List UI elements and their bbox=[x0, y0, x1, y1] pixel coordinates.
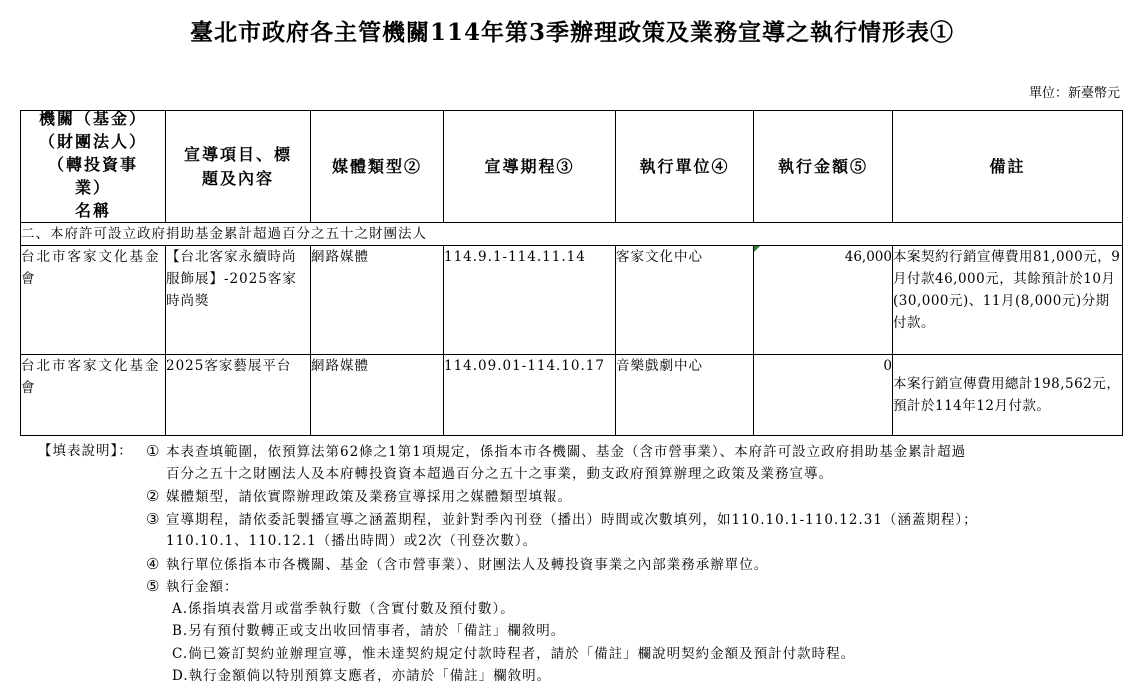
table-row: 台北市客家文化基金會 【台北客家永續時尚服飾展】-2025客家時尚獎 網路媒體 … bbox=[21, 246, 1123, 355]
amount-value: 0 bbox=[883, 358, 892, 374]
amount-value: 46,000 bbox=[845, 249, 892, 265]
cell-unit: 音樂戲劇中心 bbox=[616, 355, 754, 436]
header-period: 宣導期程③ bbox=[444, 111, 616, 223]
instruction-line: 執行金額： bbox=[166, 579, 239, 595]
cell-media: 網路媒體 bbox=[311, 355, 444, 436]
cell-agency: 台北市客家文化基金會 bbox=[21, 355, 166, 436]
header-agency-line: （轉投資事 bbox=[21, 153, 165, 176]
instruction-item-5: ⑤執行金額： bbox=[146, 575, 239, 599]
section-title: 二、本府許可設立政府捐助基金累計超過百分之五十之財團法人 bbox=[21, 223, 1123, 246]
page-title: 臺北市政府各主管機關114年第3季辦理政策及業務宣導之執行情形表① bbox=[0, 14, 1144, 47]
cell-media: 網路媒體 bbox=[311, 246, 444, 355]
cell-unit: 客家文化中心 bbox=[616, 246, 754, 355]
instruction-sub-c: C.倘已簽訂契約並辦理宣導，惟未達契約規定付款時程者，請於「備註」欄說明契約金額… bbox=[172, 643, 855, 666]
header-agency-line: （財團法人） bbox=[21, 130, 165, 153]
instruction-sub-a: A.係指填表當月或當季執行數（含實付數及預付數）。 bbox=[172, 598, 515, 621]
unit-label: 單位：新臺幣元 bbox=[1029, 82, 1120, 101]
instruction-line: 宣導期程，請依委託製播宣導之涵蓋期程，並針對季內刊登（播出）時間或次數填列，如1… bbox=[166, 512, 978, 528]
instruction-item-1: ①本表查填範圍，依預算法第62條之1第1項規定，係指本市各機關、基金（含市營事業… bbox=[146, 440, 966, 464]
header-item-line: 題及內容 bbox=[166, 167, 310, 191]
instruction-item-1-cont: 百分之五十之財團法人及本府轉投資資本超過百分之五十之事業，動支政府預算辦理之政策… bbox=[166, 463, 833, 486]
cell-amount: 46,000 bbox=[754, 246, 893, 355]
cell-note: 本案契約行銷宣傳費用81,000元，9月付款46,000元，其餘預計於10月(3… bbox=[893, 246, 1123, 355]
marker-4-icon: ④ bbox=[146, 553, 166, 576]
cell-item: 2025客家藝展平台 bbox=[166, 355, 311, 436]
table-row: 台北市客家文化基金會 2025客家藝展平台 網路媒體 114.09.01-114… bbox=[21, 355, 1123, 436]
cell-period: 114.09.01-114.10.17 bbox=[444, 355, 616, 436]
header-note: 備註 bbox=[893, 111, 1123, 223]
header-unit: 執行單位④ bbox=[616, 111, 754, 223]
header-agency-line: 機關（基金） bbox=[21, 111, 165, 130]
instruction-item-4: ④執行單位係指本市各機關、基金（含市營事業）、財團法人及轉投資事業之內部業務承辦… bbox=[146, 553, 768, 577]
instruction-sub-d: D.執行金額倘以特別預算支應者，亦請於「備註」欄敘明。 bbox=[172, 665, 551, 688]
header-item: 宣導項目、標 題及內容 bbox=[166, 111, 311, 223]
cell-note: 本案行銷宣傳費用總計198,562元，預計於114年12月付款。 bbox=[893, 355, 1123, 436]
header-media: 媒體類型② bbox=[311, 111, 444, 223]
header-item-line: 宣導項目、標 bbox=[166, 143, 310, 167]
instruction-line: 媒體類型，請依實際辦理政策及業務宣導採用之媒體類型填報。 bbox=[166, 489, 572, 505]
marker-2-icon: ② bbox=[146, 485, 166, 508]
header-agency-line: 名稱 bbox=[21, 199, 165, 222]
error-indicator-icon bbox=[754, 246, 760, 252]
header-row: 機關（基金） （財團法人） （轉投資事 業） 名稱 宣導項目、標 題及內容 媒體… bbox=[21, 111, 1123, 223]
instruction-line: 本表查填範圍，依預算法第62條之1第1項規定，係指本市各機關、基金（含市營事業）… bbox=[166, 444, 966, 460]
section-row: 二、本府許可設立政府捐助基金累計超過百分之五十之財團法人 bbox=[21, 223, 1123, 246]
header-agency: 機關（基金） （財團法人） （轉投資事 業） 名稱 bbox=[21, 111, 166, 223]
header-agency-line: 業） bbox=[21, 176, 165, 199]
cell-period: 114.9.1-114.11.14 bbox=[444, 246, 616, 355]
marker-1-icon: ① bbox=[146, 440, 166, 463]
execution-table: 機關（基金） （財團法人） （轉投資事 業） 名稱 宣導項目、標 題及內容 媒體… bbox=[20, 110, 1123, 436]
cell-agency: 台北市客家文化基金會 bbox=[21, 246, 166, 355]
marker-5-icon: ⑤ bbox=[146, 575, 166, 598]
cell-amount: 0 bbox=[754, 355, 893, 436]
instruction-sub-b: B.另有預付數轉正或支出收回情事者，請於「備註」欄敘明。 bbox=[172, 620, 565, 643]
instructions-lead: 【填表說明】： bbox=[38, 440, 133, 463]
instruction-line: 執行單位係指本市各機關、基金（含市營事業）、財團法人及轉投資事業之內部業務承辦單… bbox=[166, 557, 768, 573]
instruction-item-2: ②媒體類型，請依實際辦理政策及業務宣導採用之媒體類型填報。 bbox=[146, 485, 572, 509]
instruction-item-3-cont: 110.10.1、110.12.1（播出時間）或2次（刊登次數）。 bbox=[166, 530, 537, 553]
marker-3-icon: ③ bbox=[146, 508, 166, 531]
cell-item: 【台北客家永續時尚服飾展】-2025客家時尚獎 bbox=[166, 246, 311, 355]
instruction-item-3: ③宣導期程，請依委託製播宣導之涵蓋期程，並針對季內刊登（播出）時間或次數填列，如… bbox=[146, 508, 978, 532]
header-amount: 執行金額⑤ bbox=[754, 111, 893, 223]
